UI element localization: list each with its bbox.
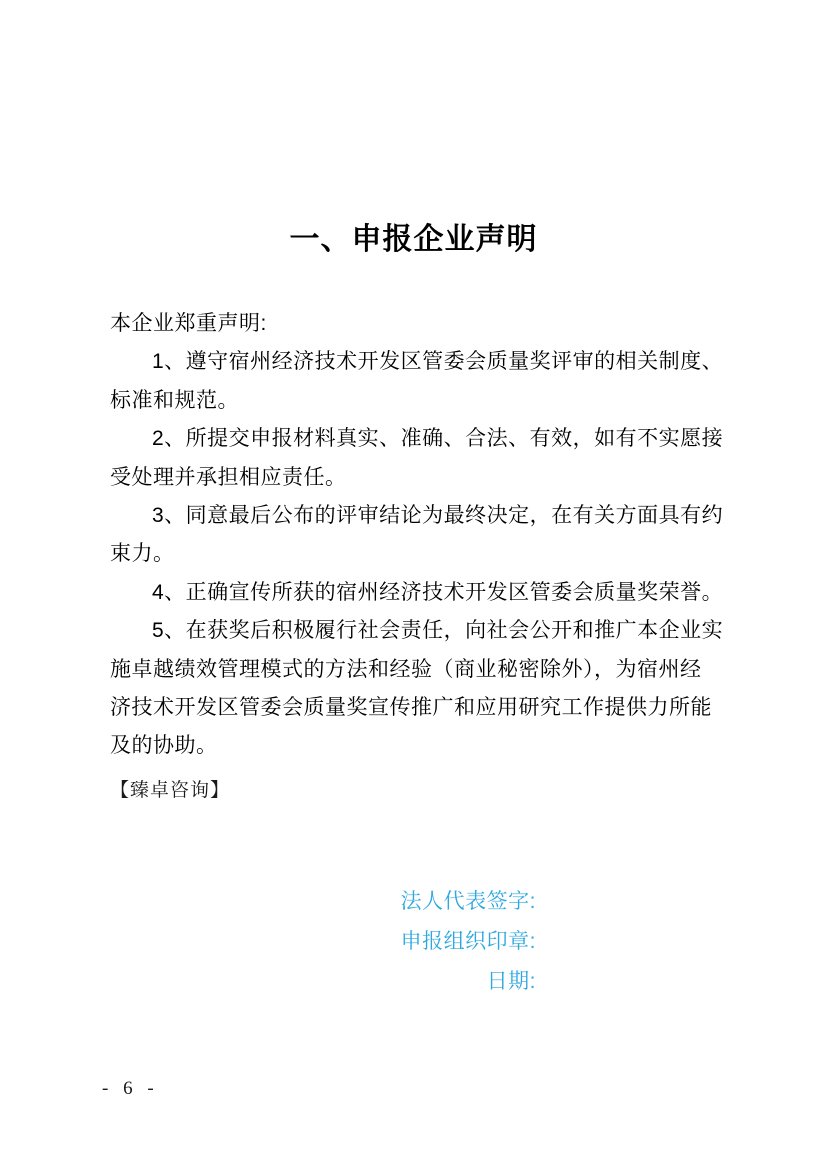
body-line: 3、同意最后公布的评审结论为最终决定，在有关方面具有约 xyxy=(110,497,726,535)
body-line: 标准和规范。 xyxy=(110,382,726,420)
page-number: - 6 - xyxy=(102,1076,159,1102)
signature-block: 法人代表签字: 申报组织印章: 日期: xyxy=(0,882,536,1002)
date-label: 日期: xyxy=(0,962,536,1002)
body-line: 4、正确宣传所获的宿州经济技术开发区管委会质量奖荣誉。 xyxy=(110,574,726,612)
organization-seal-label: 申报组织印章: xyxy=(0,922,536,962)
body-line: 2、所提交申报材料真实、准确、合法、有效，如有不实愿接 xyxy=(110,420,726,458)
body-line: 受处理并承担相应责任。 xyxy=(110,459,726,497)
body-line: 施卓越绩效管理模式的方法和经验（商业秘密除外），为宿州经 xyxy=(110,651,726,689)
declaration-body: 本企业郑重声明: 1、遵守宿州经济技术开发区管委会质量奖评审的相关制度、 标准和… xyxy=(110,305,726,766)
document-page: 一、申报企业声明 本企业郑重声明: 1、遵守宿州经济技术开发区管委会质量奖评审的… xyxy=(0,0,827,1170)
body-line: 5、在获奖后积极履行社会责任，向社会公开和推广本企业实 xyxy=(110,612,726,650)
body-line: 1、遵守宿州经济技术开发区管委会质量奖评审的相关制度、 xyxy=(110,343,726,381)
body-line: 束力。 xyxy=(110,535,726,573)
page-title: 一、申报企业声明 xyxy=(0,220,827,260)
legal-representative-signature-label: 法人代表签字: xyxy=(0,882,536,922)
body-line: 本企业郑重声明: xyxy=(110,305,726,343)
consultant-watermark: 【臻卓咨询】 xyxy=(110,777,230,805)
body-line: 济技术开发区管委会质量奖宣传推广和应用研究工作提供力所能 xyxy=(110,689,726,727)
body-line: 及的协助。 xyxy=(110,727,726,765)
